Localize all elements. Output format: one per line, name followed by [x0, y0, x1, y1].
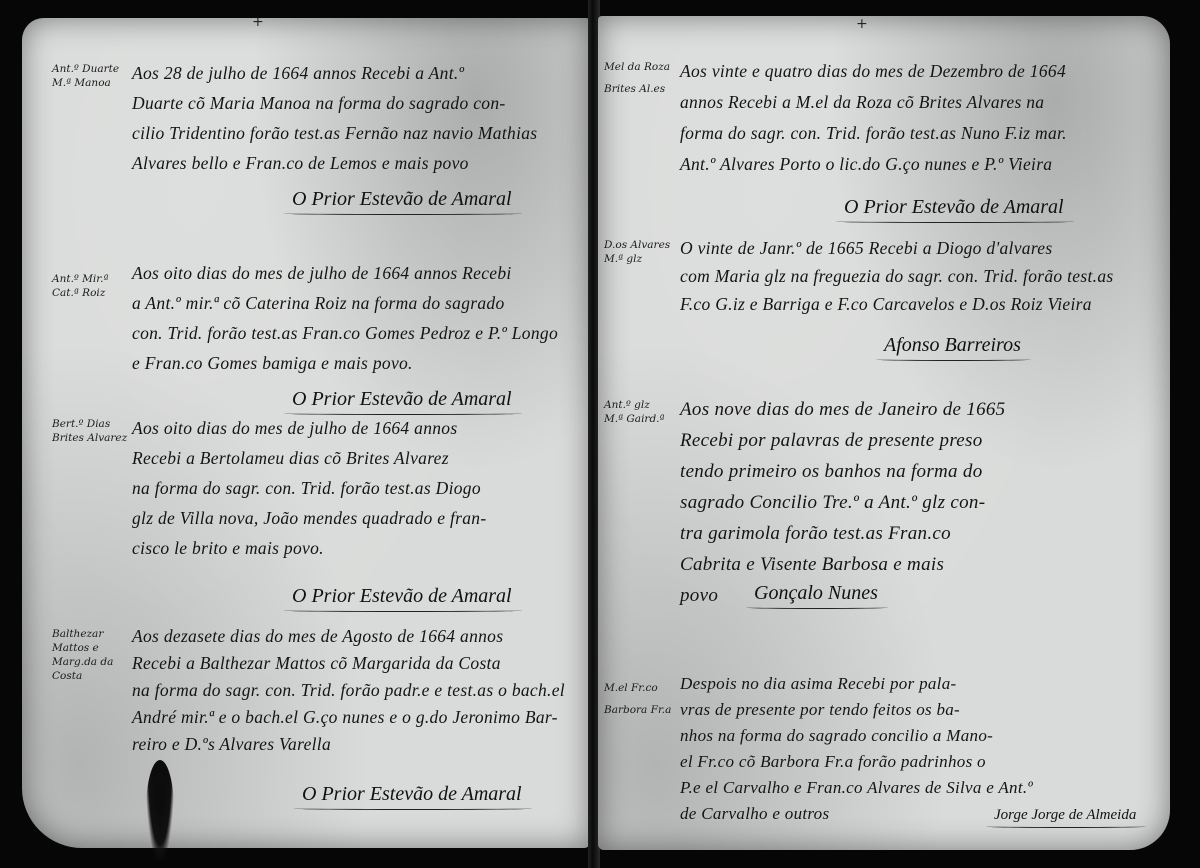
priest-signature: O Prior Estevão de Amaral — [292, 188, 512, 211]
margin-note: Ant.º Mir.ª Cat.ª Roiz — [52, 272, 130, 300]
margin-note: M.el Fr.co Barbora Fr.a — [604, 681, 682, 717]
witness-signature: Afonso Barreiros — [884, 334, 1021, 357]
entry-text: Aos oito dias do mes de julho de 1664 an… — [132, 258, 558, 378]
margin-note: Balthezar Mattos e Marg.da da Costa — [52, 627, 130, 683]
margin-note: Bert.º Dias Brites Alvarez — [52, 417, 130, 445]
priest-signature: O Prior Estevão de Amaral — [292, 585, 512, 608]
ink-shadow — [146, 760, 174, 860]
entry-text: Despois no dia asima Recebi por pala- vr… — [680, 671, 1033, 827]
entry-text: Aos oito dias do mes de julho de 1664 an… — [132, 413, 487, 563]
entry-text: Aos nove dias do mes de Janeiro de 1665 … — [680, 394, 1006, 611]
entry-text: O vinte de Janr.º de 1665 Recebi a Diogo… — [680, 234, 1113, 318]
priest-signature: Gonçalo Nunes — [754, 582, 878, 605]
entry-text: Aos 28 de julho de 1664 annos Recebi a A… — [132, 58, 537, 178]
margin-note: Ant.º glz M.ª Gaird.ª — [604, 398, 682, 426]
margin-note: Mel da Roza Brites Al.es — [604, 60, 682, 96]
manuscript-photo: + Ant.º Duarte M.ª Manoa Aos 28 de julho… — [0, 0, 1200, 868]
entry-text: Aos dezasete dias do mes de Agosto de 16… — [132, 623, 565, 758]
margin-note: D.os Alvares M.ª glz — [604, 238, 682, 266]
priest-signature: O Prior Estevão de Amaral — [844, 196, 1064, 219]
folio-mark: + — [856, 16, 868, 32]
margin-note: Ant.º Duarte M.ª Manoa — [52, 62, 130, 90]
priest-signature: Jorge Jorge de Almeida — [994, 807, 1136, 824]
priest-signature: O Prior Estevão de Amaral — [302, 783, 522, 806]
folio-mark: + — [252, 18, 264, 30]
left-page: + Ant.º Duarte M.ª Manoa Aos 28 de julho… — [22, 18, 590, 848]
entry-text: Aos vinte e quatro dias do mes de Dezemb… — [680, 56, 1067, 180]
priest-signature: O Prior Estevão de Amaral — [292, 388, 512, 411]
right-page: + Mel da Roza Brites Al.es Aos vinte e q… — [598, 16, 1170, 850]
